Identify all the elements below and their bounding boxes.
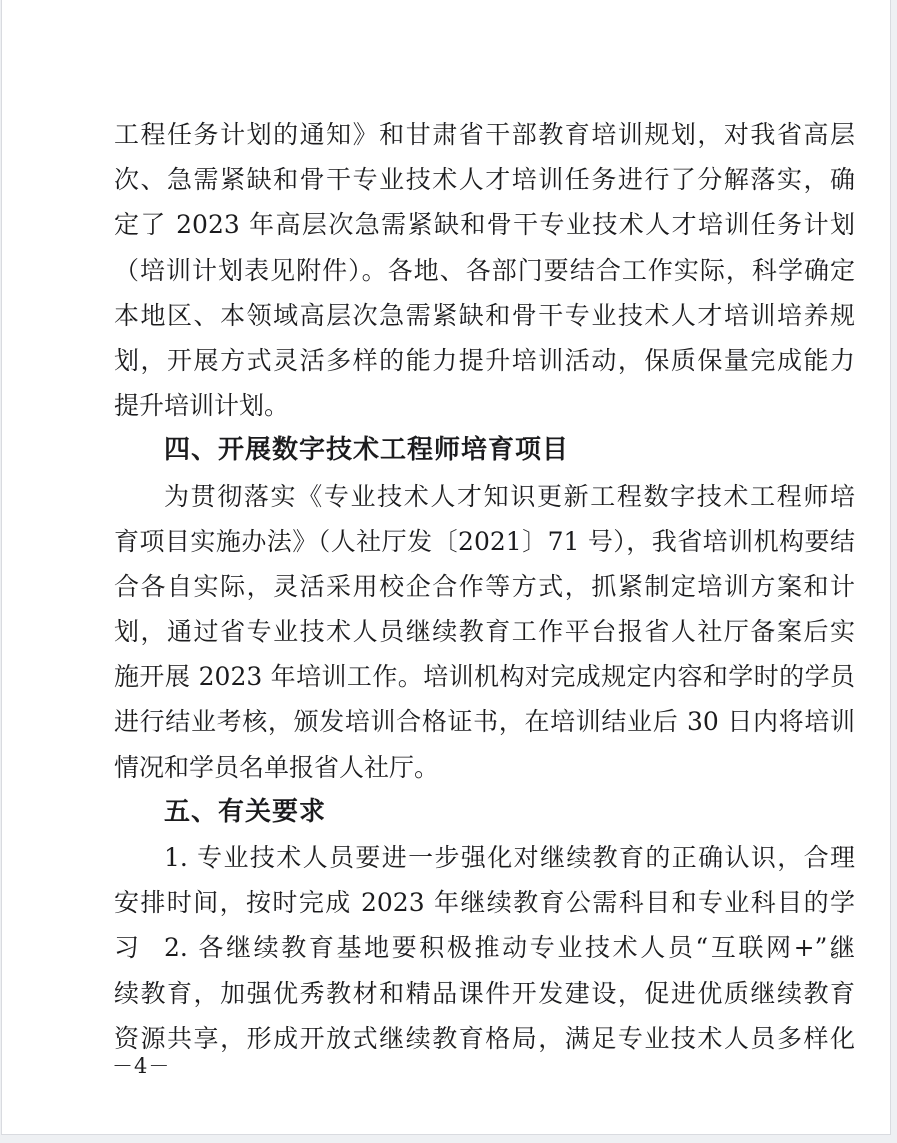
text-line: 合各自实际，灵活采用校企合作等方式，抓紧制定培训方案和计 (114, 564, 855, 609)
section-heading: 四、开展数字技术工程师培育项目 (114, 428, 855, 473)
text-line: 2. 各继续教育基地要积极推动专业技术人员“互联网+”继 (114, 925, 855, 970)
document-page: 工程任务计划的通知》和甘肃省干部教育培训规划，对我省高层次、急需紧缺和骨干专业技… (2, 0, 890, 1134)
text-line: 育项目实施办法》（人社厅发〔2021〕71 号），我省培训机构要结 (114, 519, 855, 564)
text-line: 1. 专业技术人员要进一步强化对继续教育的正确认识，合理 (114, 835, 855, 880)
text-line: 次、急需紧缺和骨干专业技术人才培训任务进行了分解落实，确 (114, 157, 855, 202)
text-line: 工程任务计划的通知》和甘肃省干部教育培训规划，对我省高层 (114, 112, 855, 157)
text-line: 资源共享，形成开放式继续教育格局，满足专业技术人员多样化 (114, 1016, 855, 1061)
section-heading: 五、有关要求 (114, 790, 855, 835)
document-body: 工程任务计划的通知》和甘肃省干部教育培训规划，对我省高层次、急需紧缺和骨干专业技… (114, 112, 855, 1061)
viewer-background: 工程任务计划的通知》和甘肃省干部教育培训规划，对我省高层次、急需紧缺和骨干专业技… (0, 0, 897, 1143)
text-line: 安排时间，按时完成 2023 年继续教育公需科目和专业科目的学习。 (114, 880, 855, 925)
text-line: 情况和学员名单报省人社厅。 (114, 745, 855, 790)
page-number: －4－ (112, 1050, 170, 1080)
text-line: 划，开展方式灵活多样的能力提升培训活动，保质保量完成能力 (114, 338, 855, 383)
text-line: （培训计划表见附件）。各地、各部门要结合工作实际，科学确定 (114, 248, 855, 293)
text-line: 本地区、本领域高层次急需紧缺和骨干专业技术人才培训培养规 (114, 293, 855, 338)
text-line: 提升培训计划。 (114, 383, 855, 428)
text-line: 施开展 2023 年培训工作。培训机构对完成规定内容和学时的学员 (114, 654, 855, 699)
text-line: 划，通过省专业技术人员继续教育工作平台报省人社厅备案后实 (114, 609, 855, 654)
text-line: 定了 2023 年高层次急需紧缺和骨干专业技术人才培训任务计划 (114, 202, 855, 247)
text-line: 为贯彻落实《专业技术人才知识更新工程数字技术工程师培 (114, 474, 855, 519)
text-line: 进行结业考核，颁发培训合格证书，在培训结业后 30 日内将培训 (114, 699, 855, 744)
text-line: 续教育，加强优秀教材和精品课件开发建设，促进优质继续教育 (114, 971, 855, 1016)
